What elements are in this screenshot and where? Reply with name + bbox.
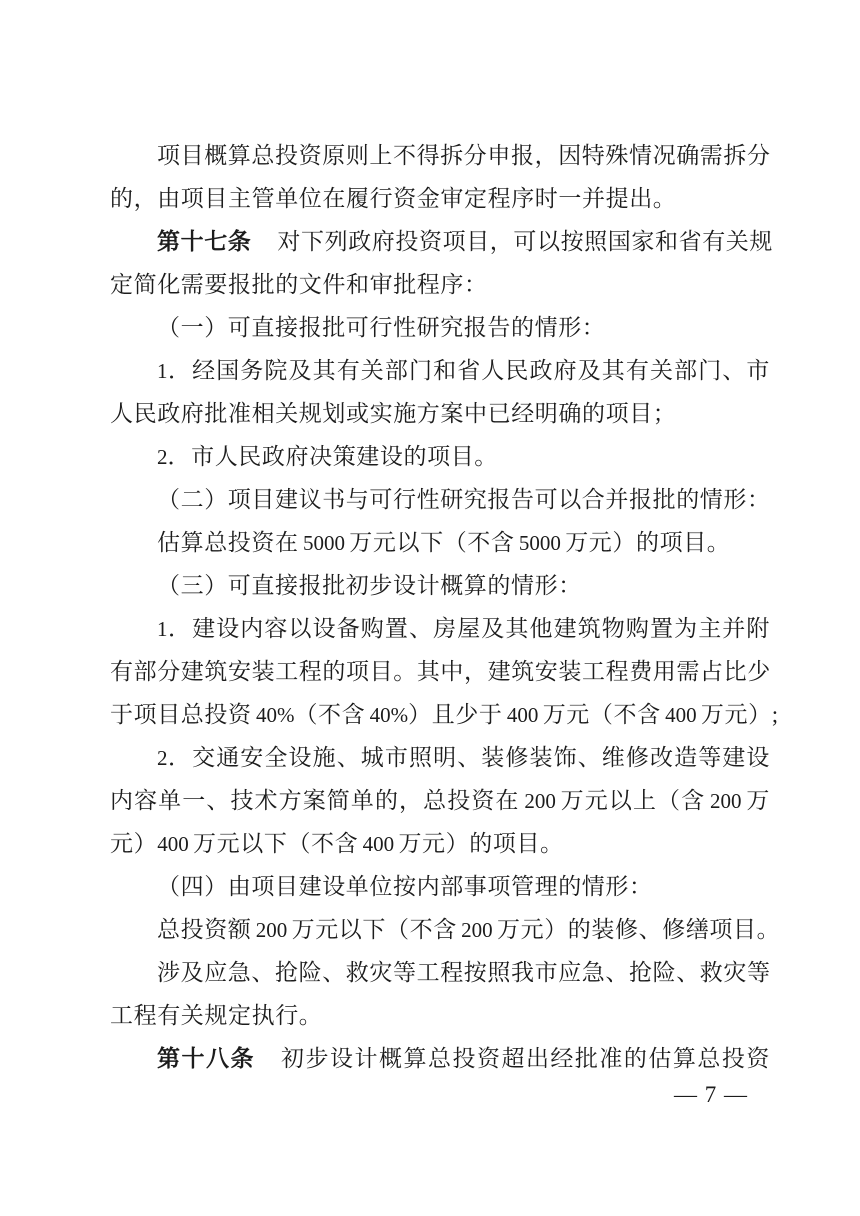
text-line: 项目概算总投资原则上不得拆分申报，因特殊情况确需拆分	[110, 134, 770, 177]
numeric-value: 2	[157, 445, 168, 469]
numeric-value: 1	[157, 617, 168, 641]
numeric-value: 40%	[256, 703, 295, 727]
numeric-value: 400	[665, 703, 697, 727]
text-line: 内容单一、技术方案简单的，总投资在 200 万元以上（含 200 万	[110, 779, 770, 822]
text-line: 2．市人民政府决策建设的项目。	[110, 435, 770, 478]
text-line: （二）项目建议书与可行性研究报告可以合并报批的情形：	[110, 478, 770, 521]
text-line: （一）可直接报批可行性研究报告的情形：	[110, 306, 770, 349]
text-line: 总投资额 200 万元以下（不含 200 万元）的装修、修缮项目。	[110, 908, 770, 951]
text-line: 人民政府批准相关规划或实施方案中已经明确的项目；	[110, 392, 770, 435]
article-number: 第十八条	[157, 1045, 255, 1071]
numeric-value: 200	[524, 789, 556, 813]
numeric-value: 2	[157, 746, 168, 770]
text-line: 定简化需要报批的文件和审批程序：	[110, 263, 770, 306]
numeric-value: 200	[461, 918, 493, 942]
numeric-value: 200	[256, 918, 288, 942]
text-line: （四）由项目建设单位按内部事项管理的情形：	[110, 865, 770, 908]
text-line: 有部分建筑安装工程的项目。其中，建筑安装工程费用需占比少	[110, 650, 770, 693]
numeric-value: 5000	[303, 531, 345, 555]
numeric-value: 40%	[370, 703, 409, 727]
numeric-value: 400	[363, 832, 395, 856]
text-line: 涉及应急、抢险、救灾等工程按照我市应急、抢险、救灾等	[110, 951, 770, 994]
text-line: 1．建设内容以设备购置、房屋及其他建筑物购置为主并附	[110, 607, 770, 650]
text-line: 第十八条初步设计概算总投资超出经批准的估算总投资	[110, 1037, 770, 1080]
text-line: 工程有关规定执行。	[110, 994, 770, 1037]
numeric-value: 5000	[519, 531, 561, 555]
article-number: 第十七条	[157, 228, 251, 254]
numeric-value: 200	[710, 789, 742, 813]
numeric-value: 400	[507, 703, 539, 727]
text-line: 的，由项目主管单位在履行资金审定程序时一并提出。	[110, 177, 770, 220]
page-number: — 7 —	[674, 1080, 748, 1110]
text-line: 2．交通安全设施、城市照明、装修装饰、维修改造等建设	[110, 736, 770, 779]
text-line: 于项目总投资 40%（不含 40%）且少于 400 万元（不含 400 万元）;	[110, 693, 770, 736]
page-body: 项目概算总投资原则上不得拆分申报，因特殊情况确需拆分的，由项目主管单位在履行资金…	[110, 134, 770, 1080]
text-line: 元）400 万元以下（不含 400 万元）的项目。	[110, 822, 770, 865]
numeric-value: 400	[157, 832, 189, 856]
text-line: 1．经国务院及其有关部门和省人民政府及其有关部门、市	[110, 349, 770, 392]
text-line: 第十七条对下列政府投资项目，可以按照国家和省有关规	[110, 220, 770, 263]
text-line: （三）可直接报批初步设计概算的情形：	[110, 564, 770, 607]
numeric-value: 1	[157, 359, 168, 383]
text-line: 估算总投资在 5000 万元以下（不含 5000 万元）的项目。	[110, 521, 770, 564]
